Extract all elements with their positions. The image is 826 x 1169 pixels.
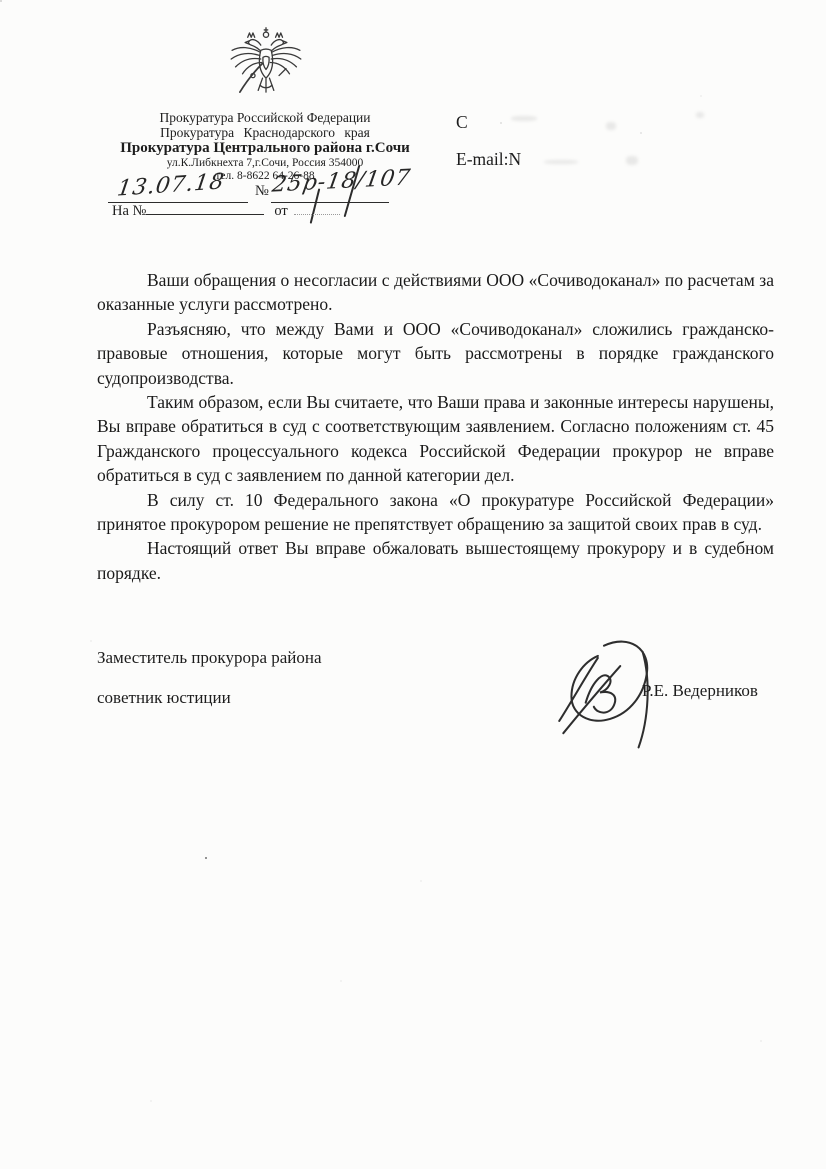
paragraph: Настоящий ответ Вы вправе обжаловать выш… — [97, 536, 774, 585]
recipient-email-fragment: E-mail:N — [456, 149, 521, 170]
redaction-smudge — [696, 112, 704, 118]
redaction-smudge — [544, 160, 578, 164]
paragraph: В силу ст. 10 Федерального закона «О про… — [97, 488, 774, 537]
from-date-underline — [294, 201, 340, 215]
scanned-letter-page: Прокуратура Российской Федерации Прокура… — [0, 0, 826, 1169]
paragraph: Разъясняю, что между Вами и ООО «Сочивод… — [97, 317, 774, 390]
letterhead-line-district: Прокуратура Центрального района г.Сочи — [85, 140, 445, 157]
handwritten-date: 13.07.18 — [116, 169, 227, 201]
paragraph: Таким образом, если Вы считаете, что Ваш… — [97, 390, 774, 488]
redaction-smudge — [606, 122, 616, 130]
recipient-name-fragment: С — [456, 112, 468, 133]
signer-position-line1: Заместитель прокурора района — [97, 648, 322, 668]
paragraph: Ваши обращения о несогласии с действиями… — [97, 268, 774, 317]
incoming-reference-row: На №от — [112, 201, 340, 219]
number-sign-label: № — [255, 183, 269, 200]
letter-body: Ваши обращения о несогласии с действиями… — [97, 268, 774, 585]
redaction-smudge — [626, 156, 638, 165]
reply-to-label: На № — [112, 203, 146, 220]
redaction-smudge — [511, 116, 537, 121]
letterhead-line-federation: Прокуратура Российской Федерации — [85, 110, 445, 125]
coat-of-arms-icon — [222, 26, 310, 106]
scan-noise — [0, 0, 2, 2]
signer-position-line2: советник юстиции — [97, 688, 231, 708]
letterhead-line-krai: Прокуратура Краснодарского края — [85, 125, 445, 140]
reply-number-underline — [146, 201, 264, 215]
from-label: от — [274, 203, 287, 220]
signer-name: Р.Е. Ведерников — [642, 681, 758, 701]
